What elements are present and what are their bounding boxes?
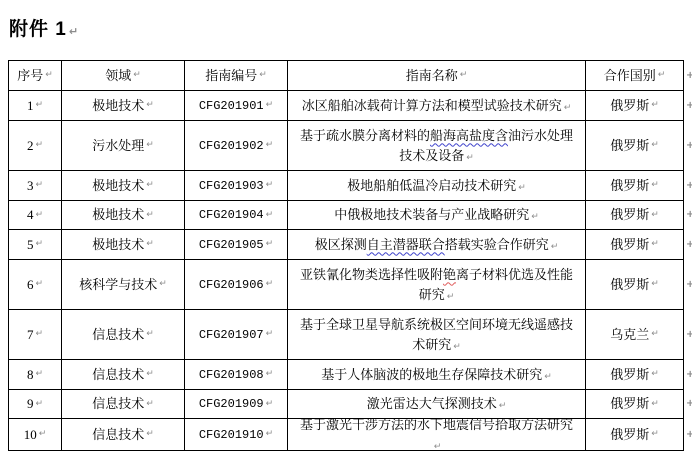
paragraph-mark-icon: ↵: [651, 330, 659, 339]
cell-country: 俄罗斯↵: [586, 230, 684, 260]
row-end-icon: +: [686, 309, 692, 359]
cell-field: 极地技术↵: [62, 201, 185, 230]
cell-code: CFG201903↵: [185, 171, 288, 201]
cell-country: 俄罗斯↵: [586, 260, 684, 310]
cell-field: 污水处理↵: [62, 121, 185, 171]
cell-code: CFG201906↵: [185, 260, 288, 310]
paragraph-mark-icon: ↵: [146, 101, 154, 110]
cell-no: 7↵: [9, 310, 62, 360]
cell-name: 激光雷达大气探测技术↵: [288, 390, 586, 419]
cell-code: CFG201904↵: [185, 201, 288, 230]
paragraph-mark-icon: ↵: [266, 330, 274, 339]
paragraph-mark-icon: ↵: [460, 71, 468, 80]
guides-table: 序号↵ 领域↵ 指南编号↵ 指南名称↵ 合作国别↵ 1↵ 极地技术↵ CFG20…: [8, 60, 684, 451]
paragraph-mark-icon: ↵: [146, 141, 154, 150]
paragraph-mark-icon: ↵: [453, 342, 461, 352]
cell-country: 乌克兰↵: [586, 310, 684, 360]
cell-field: 极地技术↵: [62, 230, 185, 260]
paragraph-mark-icon: ↵: [35, 101, 43, 110]
paragraph-mark-icon: ↵: [35, 211, 43, 220]
paragraph-mark-icon: ↵: [146, 430, 154, 439]
cell-field: 信息技术↵: [62, 390, 185, 419]
paragraph-mark-icon: ↵: [266, 240, 274, 249]
paragraph-mark-icon: ↵: [518, 183, 526, 193]
paragraph-mark-icon: ↵: [651, 141, 659, 150]
cell-field: 极地技术↵: [62, 171, 185, 201]
cell-code: CFG201908↵: [185, 360, 288, 390]
paragraph-mark-icon: ↵: [35, 330, 43, 339]
paragraph-mark-icon: ↵: [544, 372, 552, 382]
paragraph-mark-icon: ↵: [35, 181, 43, 190]
paragraph-mark-icon: ↵: [146, 330, 154, 339]
cell-name: 基于全球卫星导航系统极区空间环境无线遥感技术研究↵: [288, 310, 586, 360]
header-guide-code: 指南编号↵: [185, 61, 288, 91]
paragraph-mark-icon: ↵: [146, 181, 154, 190]
cell-name: 基于激光干涉方法的水下地震信号拾取方法研究↵: [288, 419, 586, 451]
row-end-icon: +: [686, 418, 692, 450]
attachment-title: 附件 1↵: [9, 14, 79, 41]
cell-field: 信息技术↵: [62, 419, 185, 451]
cell-name: 基于疏水膜分离材料的船海高盐度含油污水处理技术及设备↵: [288, 121, 586, 171]
row-end-icon: +: [686, 359, 692, 389]
row-end-icon: +: [686, 200, 692, 229]
paragraph-mark-icon: ↵: [146, 400, 154, 409]
cell-code: CFG201901↵: [185, 91, 288, 121]
spellcheck-squiggle: 铯: [443, 267, 456, 282]
cell-code: CFG201902↵: [185, 121, 288, 171]
cell-field: 信息技术↵: [62, 310, 185, 360]
header-field: 领域↵: [62, 61, 185, 91]
cell-name: 极区探测自主潜器联合搭载实验合作研究↵: [288, 230, 586, 260]
cell-country: 俄罗斯↵: [586, 91, 684, 121]
paragraph-mark-icon: ↵: [35, 141, 43, 150]
cell-no: 5↵: [9, 230, 62, 260]
paragraph-mark-icon: ↵: [146, 370, 154, 379]
cell-name: 基于人体脑波的极地生存保障技术研究↵: [288, 360, 586, 390]
paragraph-mark-icon: ↵: [651, 240, 659, 249]
paragraph-mark-icon: ↵: [499, 401, 507, 411]
cell-code: CFG201909↵: [185, 390, 288, 419]
cell-code: CFG201907↵: [185, 310, 288, 360]
paragraph-mark-icon: ↵: [447, 292, 455, 302]
cell-no: 6↵: [9, 260, 62, 310]
paragraph-mark-icon: ↵: [266, 101, 274, 110]
cell-no: 9↵: [9, 390, 62, 419]
header-serial-number: 序号↵: [9, 61, 62, 91]
paragraph-mark-icon: ↵: [531, 212, 539, 222]
paragraph-mark-icon: ↵: [434, 442, 442, 452]
paragraph-mark-icon: ↵: [159, 280, 167, 289]
header-field-label: 领域: [105, 66, 131, 86]
paragraph-mark-icon: ↵: [35, 370, 43, 379]
paragraph-mark-icon: ↵: [266, 280, 274, 289]
cell-name: 冰区船舶冰载荷计算方法和模型试验技术研究↵: [288, 91, 586, 121]
header-country-label: 合作国别: [604, 66, 656, 86]
cell-country: 俄罗斯↵: [586, 419, 684, 451]
cell-no: 4↵: [9, 201, 62, 230]
paragraph-mark-icon: ↵: [266, 370, 274, 379]
paragraph-mark-icon: ↵: [551, 242, 559, 252]
cell-country: 俄罗斯↵: [586, 171, 684, 201]
row-end-markers: + + + + + + + + + + +: [686, 60, 692, 450]
cell-field: 核科学与技术↵: [62, 260, 185, 310]
paragraph-mark-icon: ↵: [266, 211, 274, 220]
paragraph-mark-icon: ↵: [651, 370, 659, 379]
paragraph-mark-icon: ↵: [651, 280, 659, 289]
row-end-icon: +: [686, 170, 692, 200]
cell-code: CFG201910↵: [185, 419, 288, 451]
paragraph-mark-icon: ↵: [466, 153, 474, 163]
paragraph-mark-icon: ↵: [45, 71, 53, 80]
paragraph-mark-icon: ↵: [564, 103, 572, 113]
paragraph-mark-icon: ↵: [35, 240, 43, 249]
header-country: 合作国别↵: [586, 61, 684, 91]
paragraph-mark-icon: ↵: [658, 71, 666, 80]
cell-no: 3↵: [9, 171, 62, 201]
paragraph-mark-icon: ↵: [266, 430, 274, 439]
cell-country: 俄罗斯↵: [586, 201, 684, 230]
cell-no: 2↵: [9, 121, 62, 171]
paragraph-mark-icon: ↵: [146, 240, 154, 249]
paragraph-mark-icon: ↵: [651, 211, 659, 220]
paragraph-mark-icon: ↵: [266, 141, 274, 150]
paragraph-mark-icon: ↵: [259, 71, 267, 80]
paragraph-mark-icon: ↵: [651, 430, 659, 439]
paragraph-mark-icon: ↵: [651, 181, 659, 190]
paragraph-mark-icon: ↵: [35, 400, 43, 409]
paragraph-mark-icon: ↵: [266, 400, 274, 409]
row-end-icon: +: [686, 229, 692, 259]
header-guide-code-label: 指南编号: [205, 66, 257, 86]
cell-field: 极地技术↵: [62, 91, 185, 121]
cell-name: 中俄极地技术装备与产业战略研究↵: [288, 201, 586, 230]
paragraph-mark-icon: ↵: [266, 181, 274, 190]
paragraph-mark-icon: ↵: [133, 71, 141, 80]
header-guide-name: 指南名称↵: [288, 61, 586, 91]
row-end-icon: +: [686, 259, 692, 309]
header-guide-name-label: 指南名称: [406, 66, 458, 86]
cell-no: 10↵: [9, 419, 62, 451]
row-end-icon: +: [686, 60, 692, 90]
header-serial-number-label: 序号: [17, 66, 43, 86]
paragraph-mark-icon: ↵: [146, 211, 154, 220]
cell-code: CFG201905↵: [185, 230, 288, 260]
cell-name: 亚铁氰化物类选择性吸附铯离子材料优选及性能研究↵: [288, 260, 586, 310]
paragraph-mark-icon: ↵: [39, 430, 47, 439]
cell-no: 8↵: [9, 360, 62, 390]
paragraph-mark-icon: ↵: [651, 101, 659, 110]
cell-field: 信息技术↵: [62, 360, 185, 390]
row-end-icon: +: [686, 120, 692, 170]
cell-country: 俄罗斯↵: [586, 390, 684, 419]
cell-name: 极地船舶低温冷启动技术研究↵: [288, 171, 586, 201]
spellcheck-squiggle: 自主潜器联合: [367, 237, 445, 252]
paragraph-mark-icon: ↵: [69, 25, 79, 38]
paragraph-mark-icon: ↵: [651, 400, 659, 409]
cell-no: 1↵: [9, 91, 62, 121]
spellcheck-squiggle: 船海高盐度含: [430, 128, 508, 143]
paragraph-mark-icon: ↵: [35, 280, 43, 289]
row-end-icon: +: [686, 90, 692, 120]
cell-country: 俄罗斯↵: [586, 121, 684, 171]
row-end-icon: +: [686, 389, 692, 418]
attachment-title-text: 附件 1: [9, 19, 67, 40]
cell-country: 俄罗斯↵: [586, 360, 684, 390]
